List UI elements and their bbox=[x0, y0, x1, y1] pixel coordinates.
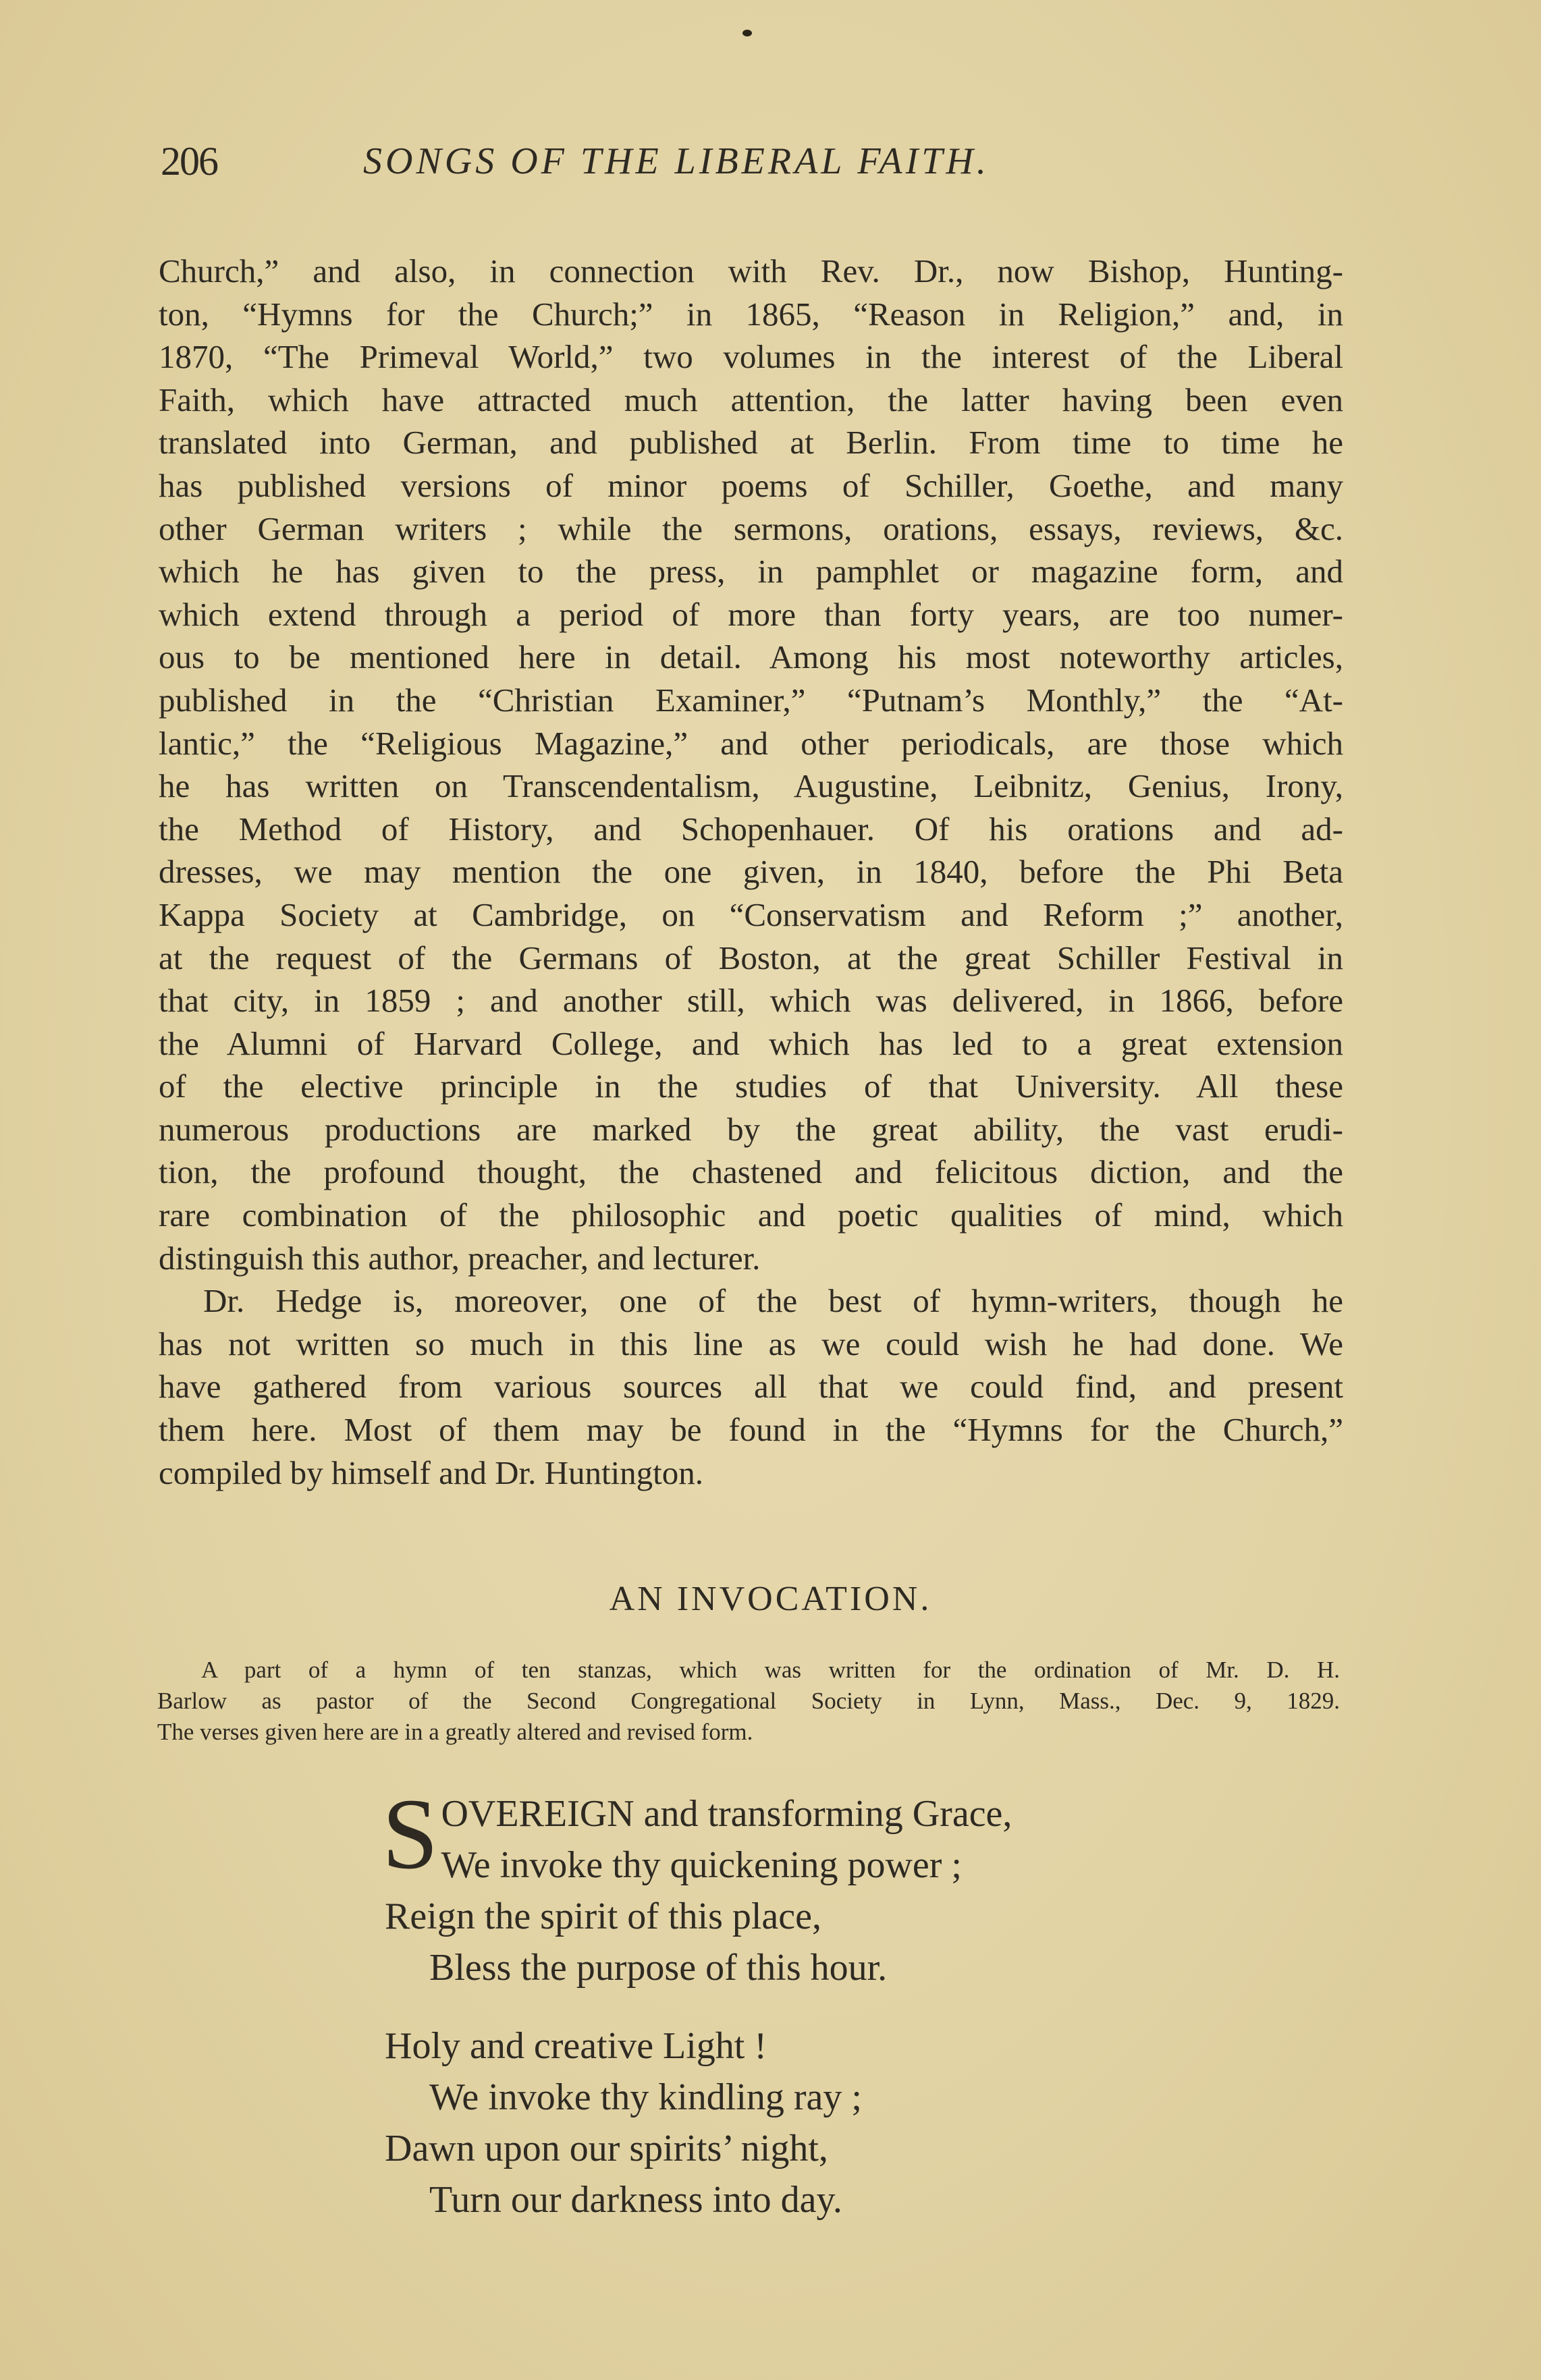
text-line: Dr. Hedge is, moreover, one of the best … bbox=[159, 1279, 1343, 1323]
biography-text: Church,” and also, in connection with Re… bbox=[159, 250, 1343, 1494]
text-line: Faith, which have attracted much attenti… bbox=[159, 379, 1343, 422]
verse-line: OVEREIGN and transforming Grace, bbox=[385, 1788, 1262, 1839]
text-line: other German writers ; while the sermons… bbox=[159, 507, 1343, 551]
text-line: tion, the profound thought, the chastene… bbox=[159, 1151, 1343, 1194]
text-line: distinguish this author, preacher, and l… bbox=[159, 1237, 1343, 1280]
hymn-verses: S OVEREIGN and transforming Grace, We in… bbox=[385, 1788, 1262, 2252]
text-line: Church,” and also, in connection with Re… bbox=[159, 250, 1343, 293]
hymn-title: AN INVOCATION. bbox=[0, 1579, 1541, 1619]
running-head: 206 SONGS OF THE LIBERAL FAITH. bbox=[161, 138, 1349, 192]
text-line: has published versions of minor poems of… bbox=[159, 464, 1343, 507]
text-line: the Alumni of Harvard College, and which… bbox=[159, 1022, 1343, 1066]
page-number: 206 bbox=[161, 138, 217, 185]
text-line: ton, “Hymns for the Church;” in 1865, “R… bbox=[159, 293, 1343, 336]
verse-line: Holy and creative Light ! bbox=[385, 2020, 1262, 2072]
text-line: rare combination of the philosophic and … bbox=[159, 1194, 1343, 1237]
text-line: he has written on Transcendentalism, Aug… bbox=[159, 765, 1343, 808]
book-page: 206 SONGS OF THE LIBERAL FAITH. Church,”… bbox=[0, 0, 1541, 2380]
text-line: of the elective principle in the studies… bbox=[159, 1065, 1343, 1108]
verse-line: Bless the purpose of this hour. bbox=[385, 1942, 1262, 1993]
text-line: dresses, we may mention the one given, i… bbox=[159, 850, 1343, 893]
paragraph-1: Church,” and also, in connection with Re… bbox=[159, 250, 1343, 1279]
text-line: lantic,” the “Religious Magazine,” and o… bbox=[159, 722, 1343, 765]
text-line: compiled by himself and Dr. Huntington. bbox=[159, 1451, 1343, 1495]
text-line: published in the “Christian Examiner,” “… bbox=[159, 679, 1343, 722]
hymn-headnote: A part of a hymn of ten stanzas, which w… bbox=[157, 1655, 1340, 1748]
text-line: the Method of History, and Schopenhauer.… bbox=[159, 808, 1343, 851]
verse-line: Dawn upon our spirits’ night, bbox=[385, 2123, 1262, 2174]
text-line: that city, in 1859 ; and another still, … bbox=[159, 979, 1343, 1022]
verse-line: Reign the spirit of this place, bbox=[385, 1891, 1262, 1942]
stanza-2: Holy and creative Light ! We invoke thy … bbox=[385, 2020, 1262, 2225]
text-line: has not written so much in this line as … bbox=[159, 1323, 1343, 1366]
text-line: which extend through a period of more th… bbox=[159, 593, 1343, 636]
drop-cap: S bbox=[382, 1794, 438, 1875]
text-line: 1870, “The Primeval World,” two volumes … bbox=[159, 335, 1343, 379]
verse-line: Turn our darkness into day. bbox=[385, 2174, 1262, 2225]
ink-speck bbox=[742, 30, 752, 36]
headnote-line: The verses given here are in a greatly a… bbox=[157, 1717, 1340, 1748]
running-title: SONGS OF THE LIBERAL FAITH. bbox=[363, 140, 990, 183]
text-line: at the request of the Germans of Boston,… bbox=[159, 937, 1343, 980]
verse-line: We invoke thy quickening power ; bbox=[385, 1839, 1262, 1891]
stanza-1: S OVEREIGN and transforming Grace, We in… bbox=[385, 1788, 1262, 1993]
text-line: them here. Most of them may be found in … bbox=[159, 1408, 1343, 1451]
text-line: Kappa Society at Cambridge, on “Conserva… bbox=[159, 893, 1343, 937]
headnote-line: A part of a hymn of ten stanzas, which w… bbox=[157, 1655, 1340, 1686]
headnote-line: Barlow as pastor of the Second Congregat… bbox=[157, 1686, 1340, 1717]
text-line: translated into German, and published at… bbox=[159, 421, 1343, 464]
verse-line: We invoke thy kindling ray ; bbox=[385, 2072, 1262, 2123]
paragraph-2: Dr. Hedge is, moreover, one of the best … bbox=[159, 1279, 1343, 1494]
text-line: numerous productions are marked by the g… bbox=[159, 1108, 1343, 1151]
text-line: have gathered from various sources all t… bbox=[159, 1365, 1343, 1408]
text-line: ous to be mentioned here in detail. Amon… bbox=[159, 636, 1343, 679]
text-line: which he has given to the press, in pamp… bbox=[159, 550, 1343, 593]
